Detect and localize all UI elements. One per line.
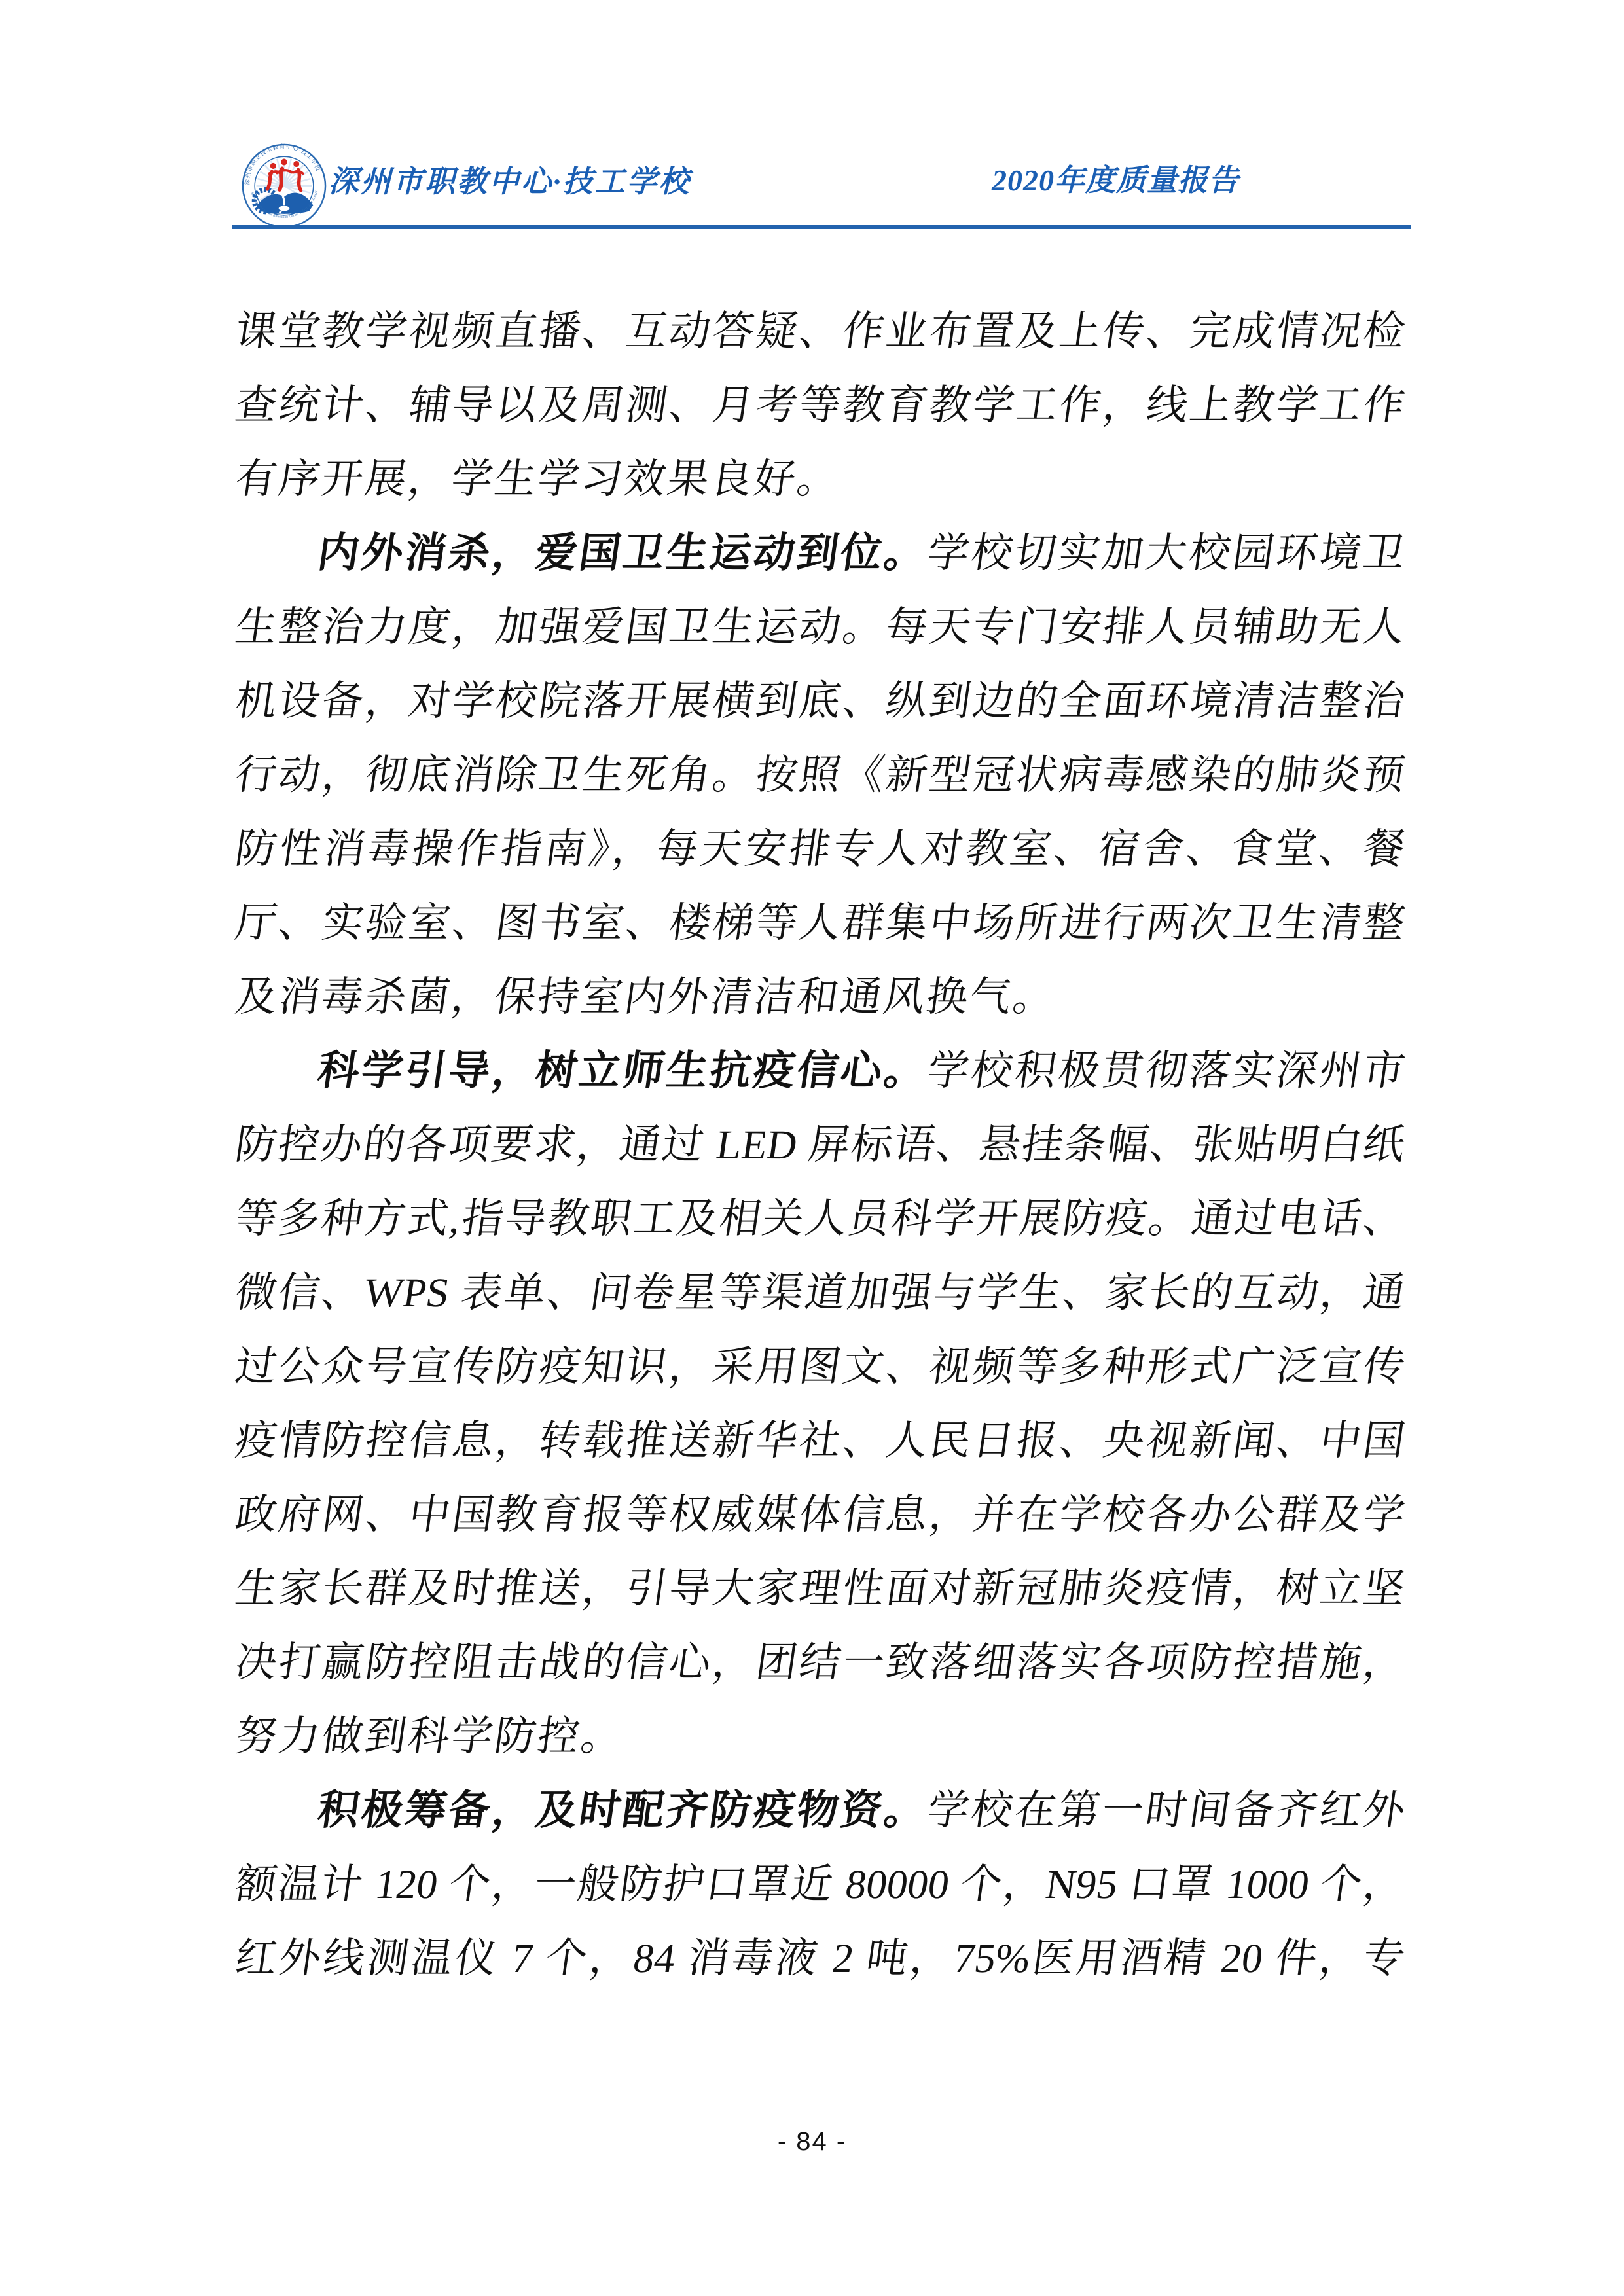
header-school-name: 深州市职教中心·技工学校 bbox=[329, 164, 691, 200]
body-line: 决打赢防控阻击战的信心，团结一致落细落实各项防控措施， bbox=[230, 1626, 1410, 1700]
paragraph-text: 额温计 120 个，一般防护口罩近 80000 个，N95 口罩 1000 个， bbox=[232, 1861, 1408, 1907]
paragraph-text: 生整治力度，加强爱国卫生运动。每天专门安排人员辅助无人 bbox=[232, 604, 1408, 650]
body-line: 防控办的各项要求，通过 LED 屏标语、悬挂条幅、张贴明白纸 bbox=[230, 1108, 1410, 1182]
body-line: 行动，彻底消除卫生死角。按照《新型冠状病毒感染的肺炎预 bbox=[230, 738, 1410, 812]
paragraph-text: 学校积极贯彻落实深州市 bbox=[925, 1048, 1408, 1094]
paragraph-text: 政府网、中国教育报等权威媒体信息，并在学校各办公群及学 bbox=[232, 1492, 1408, 1537]
paragraph-text: 课堂教学视频直播、互动答疑、作业布置及上传、完成情况检 bbox=[232, 308, 1408, 354]
body-line: 积极筹备，及时配齐防疫物资。学校在第一时间备齐红外 bbox=[230, 1774, 1410, 1848]
body-line: 科学引导，树立师生抗疫信心。学校积极贯彻落实深州市 bbox=[230, 1034, 1410, 1108]
school-logo: 深州市职业技术教育中心·技工学校 Shenzhou Vocational Edu… bbox=[241, 143, 327, 229]
body-line: 政府网、中国教育报等权威媒体信息，并在学校各办公群及学 bbox=[230, 1478, 1410, 1552]
body-line: 疫情防控信息，转载推送新华社、人民日报、央视新闻、中国 bbox=[230, 1404, 1410, 1478]
paragraph-lead-bold: 科学引导，树立师生抗疫信心。 bbox=[315, 1048, 931, 1094]
logo-year-oval bbox=[278, 206, 290, 211]
body-line: 机设备，对学校院落开展横到底、纵到边的全面环境清洁整治 bbox=[230, 664, 1410, 738]
document-page: 深州市职业技术教育中心·技工学校 Shenzhou Vocational Edu… bbox=[0, 0, 1624, 2296]
body-line: 课堂教学视频直播、互动答疑、作业布置及上传、完成情况检 bbox=[230, 295, 1410, 368]
paragraph-text: 努力做到科学防控。 bbox=[232, 1713, 628, 1759]
page-header: 深州市职业技术教育中心·技工学校 Shenzhou Vocational Edu… bbox=[0, 0, 1624, 236]
body-line: 厅、实验室、图书室、楼梯等人群集中场所进行两次卫生清整 bbox=[230, 886, 1410, 960]
body-line: 过公众号宣传防疫知识，采用图文、视频等多种形式广泛宣传 bbox=[230, 1330, 1410, 1404]
paragraph-text: 微信、WPS 表单、问卷星等渠道加强与学生、家长的互动，通 bbox=[232, 1270, 1408, 1316]
body-line: 查统计、辅导以及周测、月考等教育教学工作，线上教学工作 bbox=[230, 368, 1410, 442]
paragraph-text: 防性消毒操作指南》，每天安排专人对教室、宿舍、食堂、餐 bbox=[232, 826, 1408, 872]
body-line: 生家长群及时推送，引导大家理性面对新冠肺炎疫情，树立坚 bbox=[230, 1552, 1410, 1626]
body-line: 微信、WPS 表单、问卷星等渠道加强与学生、家长的互动，通 bbox=[230, 1256, 1410, 1330]
paragraph-lead-bold: 积极筹备，及时配齐防疫物资。 bbox=[315, 1787, 931, 1833]
page-footer: - 84 - bbox=[0, 2125, 1624, 2159]
body-text: 课堂教学视频直播、互动答疑、作业布置及上传、完成情况检查统计、辅导以及周测、月考… bbox=[230, 295, 1399, 1996]
body-line: 努力做到科学防控。 bbox=[230, 1700, 1410, 1774]
paragraph-text: 疫情防控信息，转载推送新华社、人民日报、央视新闻、中国 bbox=[232, 1418, 1408, 1463]
paragraph-text: 学校在第一时间备齐红外 bbox=[925, 1787, 1408, 1833]
header-report-title: 2020年度质量报告 bbox=[992, 162, 1239, 199]
body-line: 防性消毒操作指南》，每天安排专人对教室、宿舍、食堂、餐 bbox=[230, 812, 1410, 886]
paragraph-text: 学校切实加大校园环境卫 bbox=[925, 530, 1408, 576]
body-line: 红外线测温仪 7 个，84 消毒液 2 吨，75%医用酒精 20 件，专 bbox=[230, 1922, 1410, 1996]
paragraph-text: 等多种方式,指导教职工及相关人员科学开展防疫。通过电话、 bbox=[232, 1196, 1408, 1242]
body-line: 等多种方式,指导教职工及相关人员科学开展防疫。通过电话、 bbox=[230, 1182, 1410, 1256]
page-number: - 84 - bbox=[778, 2125, 846, 2159]
header-rule bbox=[232, 225, 1411, 229]
school-logo-emblem: 深州市职业技术教育中心·技工学校 Shenzhou Vocational Edu… bbox=[241, 143, 327, 229]
paragraph-text: 红外线测温仪 7 个，84 消毒液 2 吨，75%医用酒精 20 件，专 bbox=[232, 1935, 1408, 1981]
body-line: 有序开展，学生学习效果良好。 bbox=[230, 442, 1410, 516]
paragraph-text: 查统计、辅导以及周测、月考等教育教学工作，线上教学工作 bbox=[232, 382, 1408, 428]
paragraph-text: 机设备，对学校院落开展横到底、纵到边的全面环境清洁整治 bbox=[232, 678, 1408, 724]
paragraph-text: 厅、实验室、图书室、楼梯等人群集中场所进行两次卫生清整 bbox=[232, 900, 1408, 946]
paragraph-text: 行动，彻底消除卫生死角。按照《新型冠状病毒感染的肺炎预 bbox=[232, 752, 1408, 798]
paragraph-text: 生家长群及时推送，引导大家理性面对新冠肺炎疫情，树立坚 bbox=[232, 1566, 1408, 1611]
paragraph-text: 有序开展，学生学习效果良好。 bbox=[232, 456, 844, 502]
paragraph-lead-bold: 内外消杀，爱国卫生运动到位。 bbox=[315, 530, 931, 576]
body-line: 及消毒杀菌，保持室内外清洁和通风换气。 bbox=[230, 960, 1410, 1034]
paragraph-text: 决打赢防控阻击战的信心，团结一致落细落实各项防控措施， bbox=[232, 1640, 1408, 1685]
paragraph-text: 防控办的各项要求，通过 LED 屏标语、悬挂条幅、张贴明白纸 bbox=[232, 1122, 1408, 1168]
paragraph-text: 过公众号宣传防疫知识，采用图文、视频等多种形式广泛宣传 bbox=[232, 1344, 1408, 1390]
body-line: 生整治力度，加强爱国卫生运动。每天专门安排人员辅助无人 bbox=[230, 590, 1410, 664]
body-line: 内外消杀，爱国卫生运动到位。学校切实加大校园环境卫 bbox=[230, 516, 1410, 590]
paragraph-text: 及消毒杀菌，保持室内外清洁和通风换气。 bbox=[232, 974, 1060, 1020]
body-line: 额温计 120 个，一般防护口罩近 80000 个，N95 口罩 1000 个， bbox=[230, 1848, 1410, 1922]
